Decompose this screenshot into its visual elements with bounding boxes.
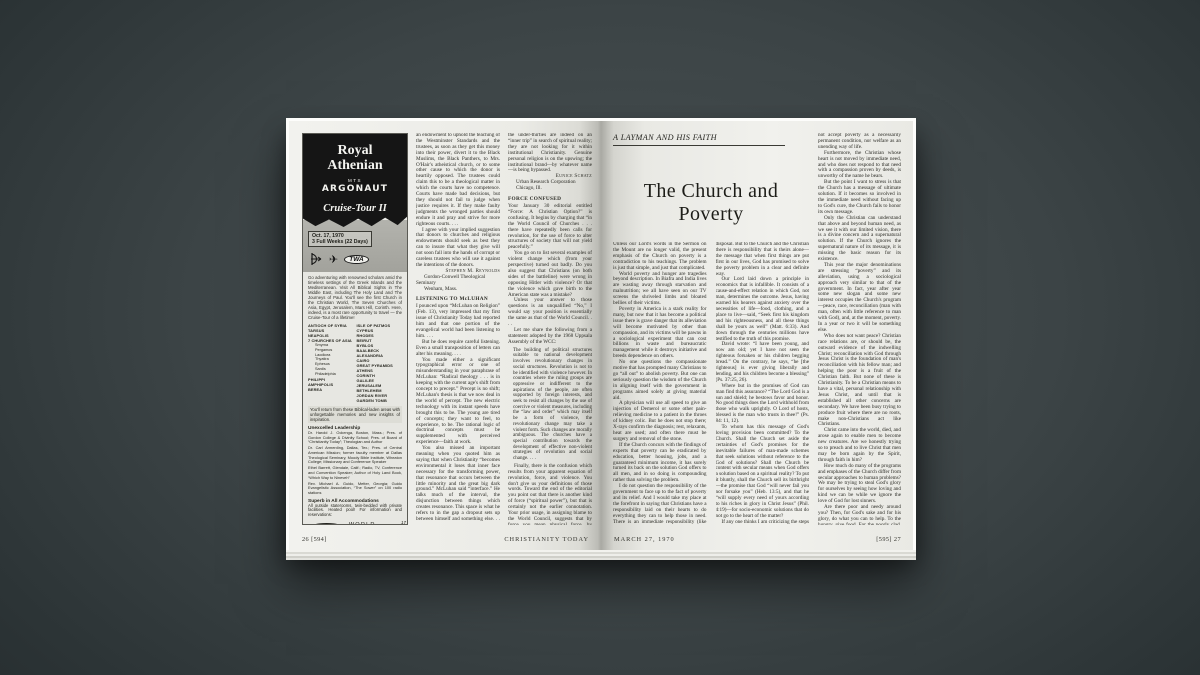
paragraph: Who does not want peace? Christian race …	[818, 334, 901, 429]
paragraph: This year the major denominations are st…	[818, 263, 901, 334]
letters-column-1: an endowment to uphold the teaching of t…	[416, 133, 500, 525]
paragraph: You made either a significant typographi…	[416, 358, 500, 447]
paragraph: Unless your answer to those questions is…	[508, 298, 592, 328]
ad-intro-text: Go adventuring with renowned scholars am…	[308, 275, 402, 320]
magazine-name: CHRISTIANITY TODAY	[504, 536, 589, 543]
ad-return-note: You'll return from these Biblical-laden …	[308, 406, 402, 423]
bow-arrow-icon	[310, 252, 323, 266]
paragraph: David wrote: “I have been young, and now…	[716, 342, 810, 383]
right-page-number: [595] 27	[876, 536, 901, 543]
world-travel-label: WORLD TRAVEL	[349, 522, 402, 525]
ad-duration: 3 Full Weeks (22 Days)	[312, 239, 368, 245]
ad-accommodations-text: All outside staterooms, twin-bedded with…	[308, 504, 402, 519]
paragraph: Christ came into the world, died, and ar…	[818, 428, 901, 463]
ad-header-block: Royal Athenian MTS ARGONAUT Cruise-Tour …	[303, 134, 407, 228]
ad-ship-name: ARGONAUT	[307, 184, 403, 194]
paragraph: Where but in the promises of God can man…	[716, 384, 810, 425]
airplane-icon: ✈	[329, 253, 338, 266]
paragraph: Chicago, Ill.	[508, 186, 592, 192]
paragraph: disposal. But to the Church and the Chri…	[716, 242, 810, 277]
ad-title-line2: Athenian	[307, 158, 403, 173]
paragraph: Ethel Barrett, Glendale, Calif.; Radio, …	[308, 466, 402, 480]
issue-date: MARCH 27, 1970	[614, 536, 675, 543]
paragraph: Dr. Harold J. Ockenga, Boston, Mass.; Pr…	[308, 431, 402, 445]
paragraph: Only the Christian can understand that a…	[818, 216, 901, 263]
right-page: A LAYMAN AND HIS FAITH The Church and Po…	[601, 121, 913, 550]
paragraph: I agree with your implied suggestion tha…	[416, 228, 500, 269]
article-column-2: disposal. But to the Church and the Chri…	[716, 242, 810, 525]
paragraph: Poverty in America is a stark reality fo…	[613, 307, 707, 360]
paragraph: Wenham, Mass.	[416, 287, 500, 293]
paragraph: Are there poor and needy around you? The…	[818, 505, 901, 525]
article-main-region: A LAYMAN AND HIS FAITH The Church and Po…	[613, 133, 809, 525]
left-page: Royal Athenian MTS ARGONAUT Cruise-Tour …	[289, 121, 601, 550]
ad-leaders-list: Dr. Harold J. Ockenga, Boston, Mass.; Pr…	[308, 431, 402, 496]
paragraph: The building of political structures sui…	[513, 348, 592, 462]
twa-logo: TWA	[344, 255, 368, 264]
paragraph: World poverty and hunger are tragedies b…	[613, 272, 707, 307]
article-column-1: Unless our Lord's words in the Sermon on…	[613, 242, 707, 525]
paragraph: Unless our Lord's words in the Sermon on…	[613, 242, 707, 272]
paragraph: To whom has this message of God's loving…	[716, 425, 810, 520]
article-column-3: not accept poverty as a necessarily perm…	[818, 133, 901, 525]
letters-column-2: the under-thirties are indeed on an “inn…	[508, 133, 592, 525]
paragraph: A physician will use all speed to give a…	[613, 401, 707, 442]
paragraph: But he does require careful listening. E…	[416, 340, 500, 358]
paragraph: an endowment to uphold the teaching of t…	[416, 133, 500, 228]
paragraph: not accept poverty as a necessarily perm…	[818, 133, 901, 151]
paragraph: Let me share the following from a statem…	[508, 328, 592, 346]
ad-icon-row: ✈ TWA	[310, 252, 400, 266]
ad-title: Royal Athenian	[307, 143, 403, 173]
destinations-column-1: ANTIOCH OF SYRIATARSUSNEAPOLIS7 CHURCHES…	[308, 323, 354, 403]
paragraph: If any one thinks I am criticizing the s…	[716, 520, 810, 525]
paragraph: Your January 30 editorial entitled “Forc…	[508, 204, 592, 251]
paragraph: If the Church concurs with the findings …	[613, 443, 707, 484]
paragraph: I do not question the responsibility of …	[613, 484, 707, 525]
section-kicker: A LAYMAN AND HIS FAITH	[613, 133, 785, 146]
paragraph: the under-thirties are indeed on an “inn…	[508, 133, 592, 174]
paragraph: Our Lord laid down a principle in econom…	[716, 277, 810, 342]
paragraph: You also missed an important meaning whe…	[416, 446, 500, 525]
paragraph: Furthermore, the Christian whose heart i…	[818, 151, 901, 181]
left-page-number: 26 [594]	[302, 536, 327, 543]
paragraph: GARDEN TOMB	[357, 398, 403, 403]
paragraph: Rev. Michael A. Guido, Metter, Georgia; …	[308, 482, 402, 496]
paragraph: Finally, there is the confusion which re…	[508, 464, 592, 525]
magazine-spread: Royal Athenian MTS ARGONAUT Cruise-Tour …	[286, 118, 916, 550]
cruise-advertisement: Royal Athenian MTS ARGONAUT Cruise-Tour …	[302, 133, 408, 525]
ad-mts-label: MTS	[307, 178, 403, 183]
paragraph: BEREA	[308, 387, 354, 392]
paragraph: I pounced upon “McLuhan on Religion” (Fe…	[416, 304, 500, 339]
ad-body: Go adventuring with renowned scholars am…	[303, 272, 407, 525]
destinations-column-2: ISLE OF PATMOSCYPRUSRHODESBEIRUTBYBLOSBA…	[357, 323, 403, 403]
open-pages: Royal Athenian MTS ARGONAUT Cruise-Tour …	[289, 121, 913, 550]
paragraph: But the point I want to stress is that t…	[818, 180, 901, 215]
ad-logo-row: GOTAAS WORLD TRAVEL	[308, 522, 402, 525]
article-title: The Church and Poverty	[613, 180, 809, 226]
paragraph: How much do many of the programs and emp…	[818, 464, 901, 505]
paragraph: Dr. Carl Armerding, Dallas, Tex.; Pres. …	[308, 446, 402, 464]
ad-title-line1: Royal	[307, 143, 403, 158]
ad-photo-strip: Oct. 17, 1970 3 Full Weeks (22 Days) ✈ T…	[303, 220, 407, 272]
left-page-footer: 26 [594] CHRISTIANITY TODAY	[302, 536, 589, 543]
paragraph: No one questions the compassionate motiv…	[613, 360, 707, 401]
ad-cruise-tour-label: Cruise-Tour II	[307, 203, 403, 214]
ad-date-box: Oct. 17, 1970 3 Full Weeks (22 Days)	[308, 231, 372, 247]
paragraph: You go on to list several examples of vi…	[508, 251, 592, 298]
ad-destinations: ANTIOCH OF SYRIATARSUSNEAPOLIS7 CHURCHES…	[308, 323, 402, 403]
right-page-footer: MARCH 27, 1970 [595] 27	[614, 536, 901, 543]
gotaas-logo: GOTAAS	[308, 523, 345, 525]
paragraph: Gordon-Conwell Theological Seminary	[416, 275, 500, 287]
